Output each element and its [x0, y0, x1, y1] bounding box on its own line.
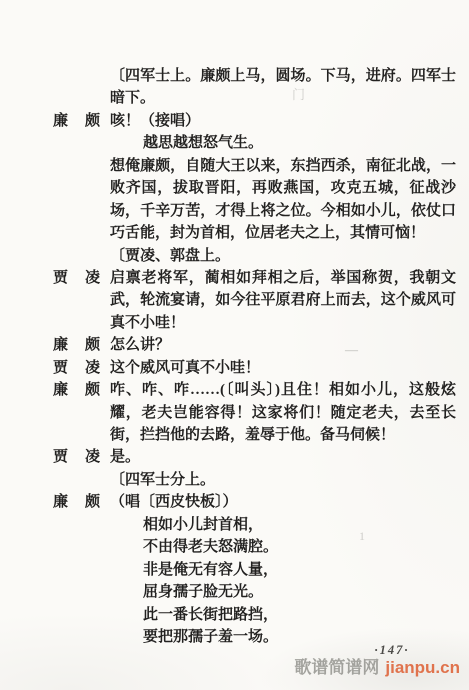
- line-text: 暗下。: [110, 87, 456, 109]
- line-text: 此一番长街把路挡，: [143, 604, 469, 626]
- speaker-name-char: 贾: [53, 267, 68, 289]
- speaker-name-char: 颇: [85, 110, 100, 132]
- scan-artifact: 门: [292, 88, 305, 101]
- line-text: 想俺廉颇，自随大王以来，东挡西杀，南征北战，一: [110, 155, 456, 177]
- continuation-line: 败齐国，拔取晋阳，再败燕国，攻克五城，征战沙: [0, 177, 469, 199]
- line-text: 是。: [110, 446, 456, 468]
- dialogue-line: 廉颇咳！（接唱）: [0, 110, 469, 132]
- speaker-name: 贾凌: [53, 267, 100, 289]
- continuation-line: 街，拦挡他的去路，羞辱于他。备马伺候！: [0, 424, 469, 446]
- speaker-name: 廉颇: [53, 379, 100, 401]
- speaker-name-char: 颇: [85, 379, 100, 401]
- script-body: 〔四军士上。廉颇上马，圆场。下马，进府。四军士暗下。廉颇咳！（接唱）越思越想怒气…: [0, 65, 469, 648]
- line-text: 非是俺无有容人量，: [143, 559, 469, 581]
- dialogue-line: 贾凌这个威风可真不小哇！: [0, 357, 469, 379]
- line-text: 屈身孺子脸无光。: [143, 581, 469, 603]
- line-text: 〔四军士分上。: [110, 469, 456, 491]
- verse-line: 不由得老夫怒满腔。: [0, 536, 469, 558]
- verse-line: 相如小儿封首相，: [0, 514, 469, 536]
- speaker-name: 廉颇: [53, 334, 100, 356]
- continuation-line: 武，轮流宴请，如今往平原君府上而去，这个威风可: [0, 289, 469, 311]
- continuation-line: 场，千辛万苦，才得上将之位。今相如小儿，依仗口: [0, 200, 469, 222]
- line-text: 耀，老夫岂能容得！这家将们！随定老夫，去至长: [110, 402, 456, 424]
- line-text: 启禀老将军，蔺相如拜相之后，举国称贺，我朝文: [110, 267, 456, 289]
- line-text: 这个威风可真不小哇！: [110, 357, 456, 379]
- stage-direction: 〔四军士上。廉颇上马，圆场。下马，进府。四军士: [0, 65, 469, 87]
- line-text: 怎么讲？: [110, 334, 456, 356]
- line-text: 场，千辛万苦，才得上将之位。今相如小儿，依仗口: [110, 200, 456, 222]
- line-text: 街，拦挡他的去路，羞辱于他。备马伺候！: [110, 424, 456, 446]
- continuation-line: 暗下。: [0, 87, 469, 109]
- watermark-domain: jianpu.cn: [385, 658, 460, 677]
- speaker-name-char: 廉: [53, 379, 68, 401]
- line-text: 〔四军士上。廉颇上马，圆场。下马，进府。四军士: [110, 65, 456, 87]
- continuation-line: 巧舌能，封为首相，位居老夫之上，其情可恼！: [0, 222, 469, 244]
- speaker-name-char: 贾: [53, 446, 68, 468]
- dialogue-line: 贾凌是。: [0, 446, 469, 468]
- line-text: 越思越想怒气生。: [143, 132, 469, 154]
- dialogue-line: 廉颇（唱〔西皮快板〕）: [0, 491, 469, 513]
- continuation-line: 耀，老夫岂能容得！这家将们！随定老夫，去至长: [0, 402, 469, 424]
- speaker-name: 廉颇: [53, 491, 100, 513]
- scanned-script-page: 〔四军士上。廉颇上马，圆场。下马，进府。四军士暗下。廉颇咳！（接唱）越思越想怒气…: [0, 0, 469, 690]
- speaker-name-char: 凌: [85, 267, 100, 289]
- speaker-name: 贾凌: [53, 357, 100, 379]
- speaker-name-char: 凌: [85, 446, 100, 468]
- line-text: 武，轮流宴请，如今往平原君府上而去，这个威风可: [110, 289, 456, 311]
- verse-line: 越思越想怒气生。: [0, 132, 469, 154]
- speaker-name-char: 颇: [85, 334, 100, 356]
- scan-artifact: —: [345, 343, 358, 356]
- line-text: 咋、咋、咋……(〔叫头〕)且住！相如小儿，这般炫: [110, 379, 456, 401]
- line-text: 不由得老夫怒满腔。: [143, 536, 469, 558]
- page-number: ·147·: [360, 643, 424, 658]
- speaker-name-char: 廉: [53, 491, 68, 513]
- verse-line: 屈身孺子脸无光。: [0, 581, 469, 603]
- stage-direction: 〔四军士分上。: [0, 469, 469, 491]
- line-text: 巧舌能，封为首相，位居老夫之上，其情可恼！: [110, 222, 456, 244]
- line-text: 〔贾凌、郭盘上。: [110, 245, 456, 267]
- continuation-line: 真不小哇！: [0, 312, 469, 334]
- dialogue-line: 廉颇咋、咋、咋……(〔叫头〕)且住！相如小儿，这般炫: [0, 379, 469, 401]
- speaker-name: 廉颇: [53, 110, 100, 132]
- continuation-line: 想俺廉颇，自随大王以来，东挡西杀，南征北战，一: [0, 155, 469, 177]
- speaker-name-char: 贾: [53, 357, 68, 379]
- line-text: （唱〔西皮快板〕）: [110, 491, 456, 513]
- watermark-site-name: 歌谱简谱网: [294, 658, 379, 677]
- verse-line: 此一番长街把路挡，: [0, 604, 469, 626]
- line-text: 咳！（接唱）: [110, 110, 456, 132]
- line-text: 真不小哇！: [110, 312, 456, 334]
- verse-line: 非是俺无有容人量，: [0, 559, 469, 581]
- line-text: 败齐国，拔取晋阳，再败燕国，攻克五城，征战沙: [110, 177, 456, 199]
- speaker-name-char: 廉: [53, 334, 68, 356]
- speaker-name-char: 颇: [85, 491, 100, 513]
- stage-direction: 〔贾凌、郭盘上。: [0, 245, 469, 267]
- speaker-name-char: 廉: [53, 110, 68, 132]
- watermark: 歌谱简谱网jianpu.cn: [294, 658, 460, 678]
- scan-artifact: 1: [359, 530, 365, 543]
- speaker-name-char: 凌: [85, 357, 100, 379]
- line-text: 相如小儿封首相，: [143, 514, 469, 536]
- dialogue-line: 廉颇怎么讲？: [0, 334, 469, 356]
- speaker-name: 贾凌: [53, 446, 100, 468]
- dialogue-line: 贾凌启禀老将军，蔺相如拜相之后，举国称贺，我朝文: [0, 267, 469, 289]
